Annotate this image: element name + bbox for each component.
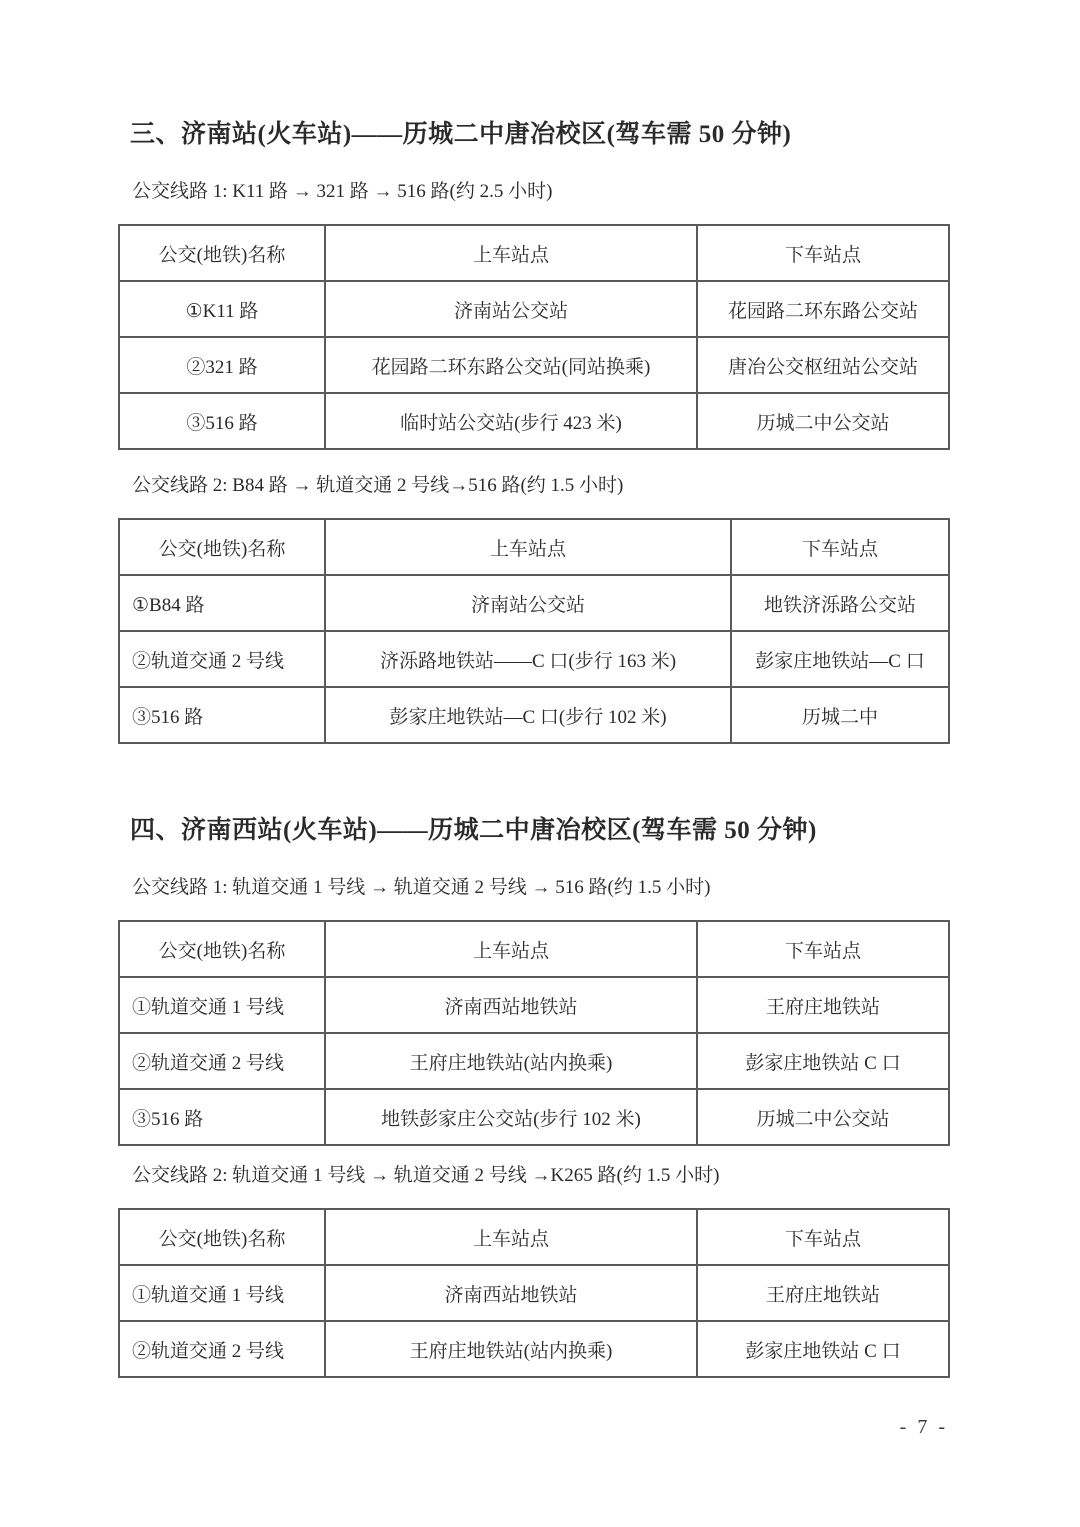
table-row: ①轨道交通 1 号线 济南西站地铁站 王府庄地铁站 xyxy=(119,977,949,1033)
table-row: ②321 路 花园路二环东路公交站(同站换乘) 唐冶公交枢纽站公交站 xyxy=(119,337,949,393)
document-page: 三、济南站(火车站)——历城二中唐冶校区(驾车需 50 分钟) 公交线路 1: … xyxy=(0,0,1080,1527)
cell-route-name: ②轨道交通 2 号线 xyxy=(119,1321,325,1377)
section-4-title: 四、济南西站(火车站)——历城二中唐冶校区(驾车需 50 分钟) xyxy=(130,816,950,846)
header-boarding-stop: 上车站点 xyxy=(325,519,731,575)
section-3-route-1-label: 公交线路 1: K11 路 → 321 路 → 516 路(约 2.5 小时) xyxy=(132,180,950,204)
table-row: ②轨道交通 2 号线 济泺路地铁站——C 口(步行 163 米) 彭家庄地铁站—… xyxy=(119,631,949,687)
cell-boarding-stop: 济南西站地铁站 xyxy=(325,1265,697,1321)
cell-route-name: ③516 路 xyxy=(119,687,325,743)
cell-route-name: ③516 路 xyxy=(119,393,325,449)
table-header-row: 公交(地铁)名称 上车站点 下车站点 xyxy=(119,519,949,575)
cell-alighting-stop: 花园路二环东路公交站 xyxy=(697,281,949,337)
section-3-route-2-label: 公交线路 2: B84 路 → 轨道交通 2 号线→516 路(约 1.5 小时… xyxy=(132,474,950,498)
cell-boarding-stop: 济泺路地铁站——C 口(步行 163 米) xyxy=(325,631,731,687)
header-route-name: 公交(地铁)名称 xyxy=(119,519,325,575)
page-number: - 7 - xyxy=(118,1416,948,1439)
cell-boarding-stop: 彭家庄地铁站—C 口(步行 102 米) xyxy=(325,687,731,743)
table-header-row: 公交(地铁)名称 上车站点 下车站点 xyxy=(119,1209,949,1265)
cell-boarding-stop: 地铁彭家庄公交站(步行 102 米) xyxy=(325,1089,697,1145)
cell-boarding-stop: 王府庄地铁站(站内换乘) xyxy=(325,1033,697,1089)
cell-alighting-stop: 历城二中 xyxy=(731,687,949,743)
cell-route-name: ②轨道交通 2 号线 xyxy=(119,631,325,687)
cell-alighting-stop: 彭家庄地铁站 C 口 xyxy=(697,1033,949,1089)
header-route-name: 公交(地铁)名称 xyxy=(119,225,325,281)
section-4-route-2-table: 公交(地铁)名称 上车站点 下车站点 ①轨道交通 1 号线 济南西站地铁站 王府… xyxy=(118,1208,950,1378)
table-row: ①轨道交通 1 号线 济南西站地铁站 王府庄地铁站 xyxy=(119,1265,949,1321)
cell-alighting-stop: 历城二中公交站 xyxy=(697,1089,949,1145)
section-4-route-1-table: 公交(地铁)名称 上车站点 下车站点 ①轨道交通 1 号线 济南西站地铁站 王府… xyxy=(118,920,950,1146)
cell-alighting-stop: 王府庄地铁站 xyxy=(697,1265,949,1321)
table-row: ②轨道交通 2 号线 王府庄地铁站(站内换乘) 彭家庄地铁站 C 口 xyxy=(119,1033,949,1089)
cell-route-name: ①B84 路 xyxy=(119,575,325,631)
cell-route-name: ②321 路 xyxy=(119,337,325,393)
table-row: ③516 路 临时站公交站(步行 423 米) 历城二中公交站 xyxy=(119,393,949,449)
cell-boarding-stop: 济南站公交站 xyxy=(325,575,731,631)
header-alighting-stop: 下车站点 xyxy=(731,519,949,575)
table-row: ③516 路 彭家庄地铁站—C 口(步行 102 米) 历城二中 xyxy=(119,687,949,743)
cell-alighting-stop: 彭家庄地铁站—C 口 xyxy=(731,631,949,687)
cell-route-name: ③516 路 xyxy=(119,1089,325,1145)
header-route-name: 公交(地铁)名称 xyxy=(119,1209,325,1265)
cell-boarding-stop: 王府庄地铁站(站内换乘) xyxy=(325,1321,697,1377)
cell-alighting-stop: 地铁济泺路公交站 xyxy=(731,575,949,631)
header-boarding-stop: 上车站点 xyxy=(325,1209,697,1265)
cell-route-name: ①轨道交通 1 号线 xyxy=(119,1265,325,1321)
section-3-title: 三、济南站(火车站)——历城二中唐冶校区(驾车需 50 分钟) xyxy=(130,120,950,150)
table-row: ③516 路 地铁彭家庄公交站(步行 102 米) 历城二中公交站 xyxy=(119,1089,949,1145)
table-header-row: 公交(地铁)名称 上车站点 下车站点 xyxy=(119,225,949,281)
table-row: ①K11 路 济南站公交站 花园路二环东路公交站 xyxy=(119,281,949,337)
header-boarding-stop: 上车站点 xyxy=(325,921,697,977)
cell-boarding-stop: 济南西站地铁站 xyxy=(325,977,697,1033)
cell-route-name: ①轨道交通 1 号线 xyxy=(119,977,325,1033)
header-alighting-stop: 下车站点 xyxy=(697,921,949,977)
table-header-row: 公交(地铁)名称 上车站点 下车站点 xyxy=(119,921,949,977)
header-route-name: 公交(地铁)名称 xyxy=(119,921,325,977)
cell-boarding-stop: 临时站公交站(步行 423 米) xyxy=(325,393,697,449)
header-alighting-stop: 下车站点 xyxy=(697,1209,949,1265)
cell-alighting-stop: 彭家庄地铁站 C 口 xyxy=(697,1321,949,1377)
cell-boarding-stop: 花园路二环东路公交站(同站换乘) xyxy=(325,337,697,393)
cell-alighting-stop: 唐冶公交枢纽站公交站 xyxy=(697,337,949,393)
cell-route-name: ②轨道交通 2 号线 xyxy=(119,1033,325,1089)
section-3-route-1-table: 公交(地铁)名称 上车站点 下车站点 ①K11 路 济南站公交站 花园路二环东路… xyxy=(118,224,950,450)
cell-alighting-stop: 历城二中公交站 xyxy=(697,393,949,449)
table-row: ①B84 路 济南站公交站 地铁济泺路公交站 xyxy=(119,575,949,631)
section-4-route-2-label: 公交线路 2: 轨道交通 1 号线 → 轨道交通 2 号线 →K265 路(约 … xyxy=(132,1164,950,1188)
cell-route-name: ①K11 路 xyxy=(119,281,325,337)
table-row: ②轨道交通 2 号线 王府庄地铁站(站内换乘) 彭家庄地铁站 C 口 xyxy=(119,1321,949,1377)
header-alighting-stop: 下车站点 xyxy=(697,225,949,281)
section-4-route-1-label: 公交线路 1: 轨道交通 1 号线 → 轨道交通 2 号线 → 516 路(约 … xyxy=(132,876,950,900)
section-3-route-2-table: 公交(地铁)名称 上车站点 下车站点 ①B84 路 济南站公交站 地铁济泺路公交… xyxy=(118,518,950,744)
header-boarding-stop: 上车站点 xyxy=(325,225,697,281)
cell-boarding-stop: 济南站公交站 xyxy=(325,281,697,337)
cell-alighting-stop: 王府庄地铁站 xyxy=(697,977,949,1033)
